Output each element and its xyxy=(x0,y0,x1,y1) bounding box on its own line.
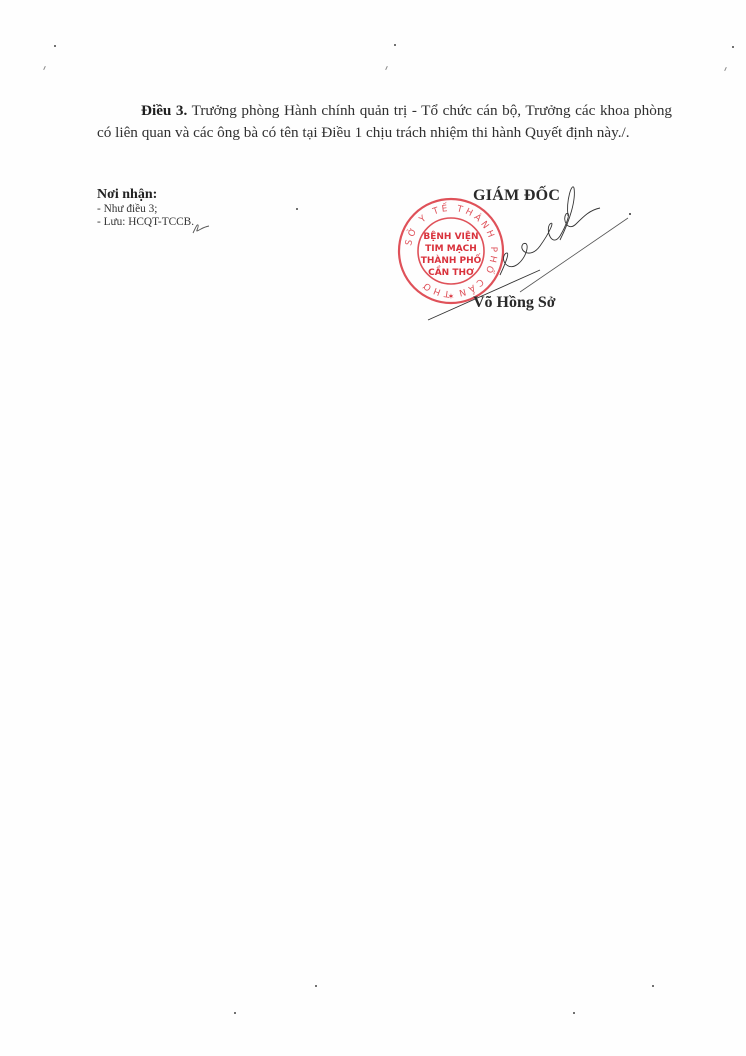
scan-speck xyxy=(234,1012,236,1014)
initial-mark-icon xyxy=(191,221,211,235)
recipient-item: - Như điều 3; xyxy=(97,203,194,216)
scan-speck xyxy=(296,208,298,210)
signature-block: SỞ Y TẾ THÀNH PHỐ CẦN THƠ BỆNH VIỆN TIM … xyxy=(390,180,660,330)
scan-speck xyxy=(54,45,56,47)
handwritten-signature-icon xyxy=(390,180,660,330)
scan-speck xyxy=(385,66,388,70)
recipients-block: Nơi nhận: - Như điều 3; - Lưu: HCQT-TCCB… xyxy=(97,187,194,229)
scan-speck xyxy=(43,66,46,70)
scan-speck xyxy=(394,44,396,46)
article-label: Điều 3. xyxy=(141,102,187,119)
article-3-paragraph: Điều 3. Trưởng phòng Hành chính quản trị… xyxy=(97,100,672,144)
scan-speck xyxy=(732,46,734,48)
recipients-title: Nơi nhận: xyxy=(97,187,194,203)
recipient-item: - Lưu: HCQT-TCCB. xyxy=(97,216,194,229)
scan-speck xyxy=(573,1012,575,1014)
scan-speck xyxy=(724,67,727,71)
scan-speck xyxy=(652,985,654,987)
scan-speck xyxy=(315,985,317,987)
